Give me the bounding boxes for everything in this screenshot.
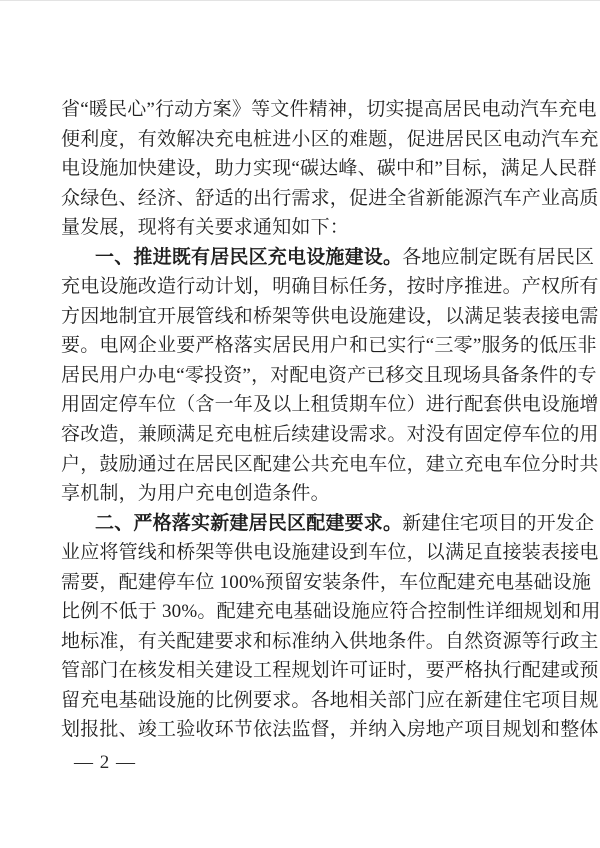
text-line: 要。电网企业要严格落实居民用户和已实行“三零”服务的低压非 [61,331,540,361]
text-line: 容改造，兼顾满足充电桩后续建设需求。对没有固定停车位的用 [61,420,540,450]
text-line: 业应将管线和桥架等供电设施建设到车位，以满足直接装表接电 [61,538,540,568]
text-line: 充电设施改造行动计划，明确目标任务，按时序推进。产权所有 [61,272,540,302]
text-line: 比例不低于 30%。配建充电基础设施应符合控制性详细规划和用 [61,597,540,627]
scan-edge-artifact [0,0,600,1]
text-line: 便利度，有效解决充电桩进小区的难题，促进居民区电动汽车充 [61,125,540,155]
text-line: 地标准，有关配建要求和标准纳入供地条件。自然资源等行政主 [61,627,540,657]
text-line: 众绿色、经济、舒适的出行需求，促进全省新能源汽车产业高质 [61,184,540,214]
text-line: 划报批、竣工验收环节依法监督，并纳入房地产项目规划和整体 [61,715,540,745]
text-line: 户，鼓励通过在居民区配建公共充电车位，建立充电车位分时共 [61,450,540,480]
text-line: 享机制，为用户充电创造条件。 [61,479,540,509]
section-heading: 二、严格落实新建居民区配建要求。 [95,513,402,534]
text-line: 需要，配建停车位 100%预留安装条件，车位配建充电基础设施 [61,568,540,598]
text-line: 电设施加快建设，助力实现“碳达峰、碳中和”目标，满足人民群 [61,154,540,184]
text-line: 一、推进既有居民区充电设施建设。各地应制定既有居民区 [61,243,540,273]
text-line: 居民用户办电“零投资”，对配电资产已移交且现场具备条件的专 [61,361,540,391]
text-line: 管部门在核发相关建设工程规划许可证时，要严格执行配建或预 [61,656,540,686]
text-line: 量发展，现将有关要求通知如下： [61,213,540,243]
section-heading: 一、推进既有居民区充电设施建设。 [95,247,402,268]
text-line: 省“暖民心”行动方案》等文件精神，切实提高居民电动汽车充电 [61,95,540,125]
text-line: 用固定停车位（含一年及以上租赁期车位）进行配套供电设施增 [61,390,540,420]
text-line: 留充电基础设施的比例要求。各地相关部门应在新建住宅项目规 [61,686,540,716]
text-line: 二、严格落实新建居民区配建要求。新建住宅项目的开发企 [61,509,540,539]
text-line: 方因地制宜开展管线和桥架等供电设施建设，以满足装表接电需 [61,302,540,332]
page-number: — 2 — [74,752,136,774]
document-body: 省“暖民心”行动方案》等文件精神，切实提高居民电动汽车充电便利度，有效解决充电桩… [61,95,540,745]
document-page: 省“暖民心”行动方案》等文件精神，切实提高居民电动汽车充电便利度，有效解决充电桩… [0,0,600,848]
